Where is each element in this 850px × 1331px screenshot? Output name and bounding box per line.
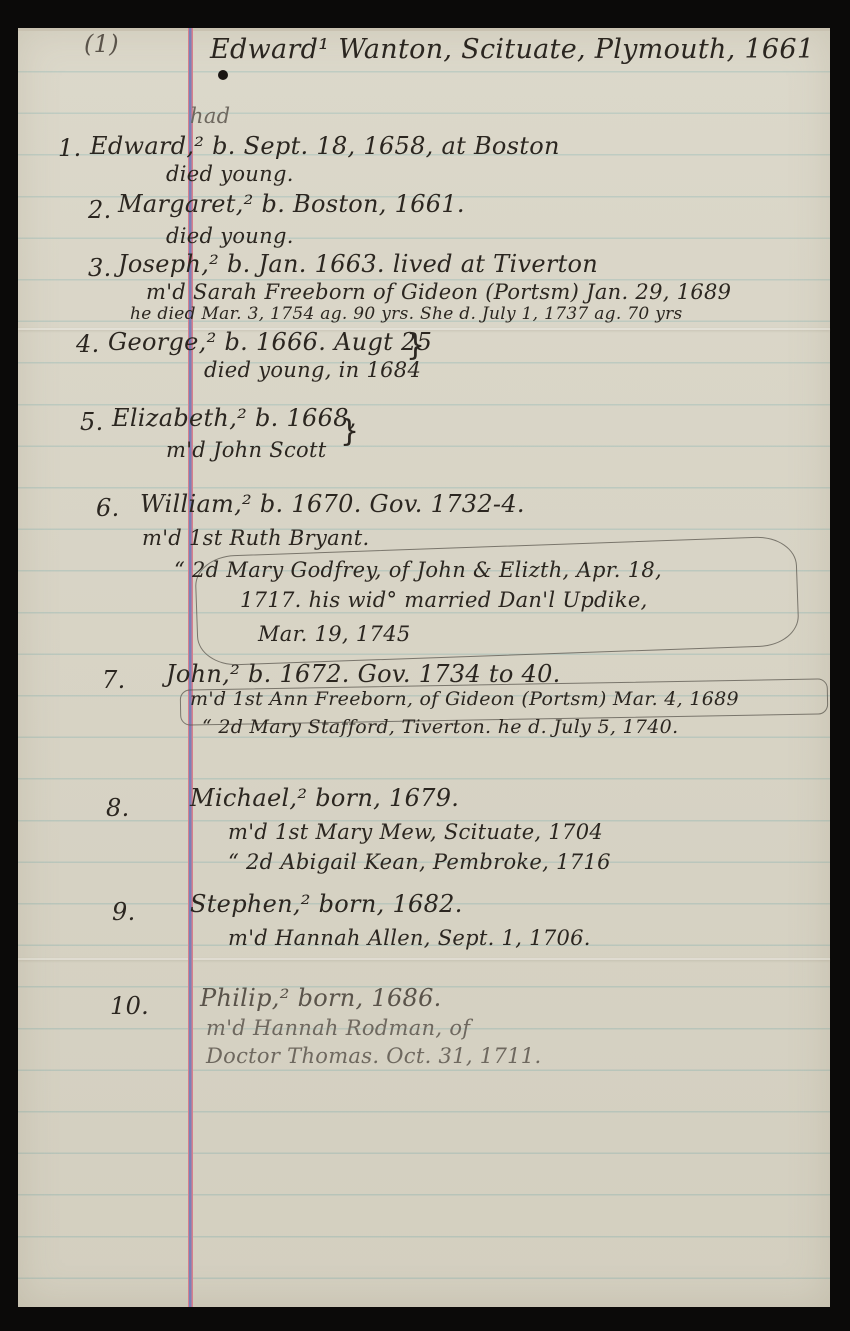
entry-line: m'd 1st Mary Mew, Scituate, 1704 xyxy=(228,820,603,844)
insertion-note: had xyxy=(190,104,230,128)
page-heading: Edward¹ Wanton, Scituate, Plymouth, 1661 xyxy=(210,34,814,65)
entry-line: Doctor Thomas. Oct. 31, 1711. xyxy=(206,1044,541,1068)
entry-line: 1717. his wid° married Dan'l Updike, xyxy=(240,588,648,612)
entry-line: Joseph,² b. Jan. 1663. lived at Tiverton xyxy=(118,250,598,278)
entry-number: 5. xyxy=(80,408,104,436)
entry-line: m'd John Scott xyxy=(166,438,326,462)
entry-number: 8. xyxy=(106,794,130,822)
entry-line: m'd Sarah Freeborn of Gideon (Portsm) Ja… xyxy=(146,280,731,304)
entry-line: died young. xyxy=(166,224,294,248)
entry-number: 7. xyxy=(102,666,126,694)
entry-line: George,² b. 1666. Augt 25 xyxy=(108,328,432,356)
entry-number: 6. xyxy=(96,494,120,522)
entry-line: m'd 1st Ruth Bryant. xyxy=(142,526,370,550)
entry-line: Philip,² born, 1686. xyxy=(200,984,442,1012)
entry-number: 3. xyxy=(88,254,112,282)
entry-number: 10. xyxy=(110,992,149,1020)
entry-line: “ 2d Mary Stafford, Tiverton. he d. July… xyxy=(202,716,678,738)
brace-mark: } xyxy=(406,328,425,363)
entry-line: Margaret,² b. Boston, 1661. xyxy=(118,190,465,218)
entry-line: Michael,² born, 1679. xyxy=(190,784,459,812)
entry-number: 2. xyxy=(88,196,112,224)
entry-line: Edward,² b. Sept. 18, 1658, at Boston xyxy=(90,132,560,160)
entry-line: died young, in 1684 xyxy=(204,358,421,382)
entry-number: 4. xyxy=(76,330,100,358)
entry-line: “ 2d Abigail Kean, Pembroke, 1716 xyxy=(228,850,611,874)
entry-line: Mar. 19, 1745 xyxy=(258,622,411,646)
entry-line: m'd Hannah Rodman, of xyxy=(206,1016,470,1040)
entry-line: died young. xyxy=(166,162,294,186)
paper-top-edge xyxy=(18,28,830,31)
entry-line: m'd 1st Ann Freeborn, of Gideon (Portsm)… xyxy=(190,688,739,710)
paper-fold xyxy=(18,958,830,960)
entry-line: m'd Hannah Allen, Sept. 1, 1706. xyxy=(228,926,591,950)
entry-number: 9. xyxy=(112,898,136,926)
entry-line: William,² b. 1670. Gov. 1732-4. xyxy=(140,490,525,518)
entry-line: “ 2d Mary Godfrey, of John & Elizth, Apr… xyxy=(174,558,662,582)
ink-blot xyxy=(218,70,228,80)
entry-line: Stephen,² born, 1682. xyxy=(190,890,463,918)
entry-number: 1. xyxy=(58,134,82,162)
entry-line: Elizabeth,² b. 1668, xyxy=(112,404,357,432)
page-number: (1) xyxy=(84,30,119,58)
brace-mark: } xyxy=(340,414,359,449)
ruled-paper-sheet: (1) Edward¹ Wanton, Scituate, Plymouth, … xyxy=(18,28,830,1307)
entry-line: he died Mar. 3, 1754 ag. 90 yrs. She d. … xyxy=(130,304,683,324)
